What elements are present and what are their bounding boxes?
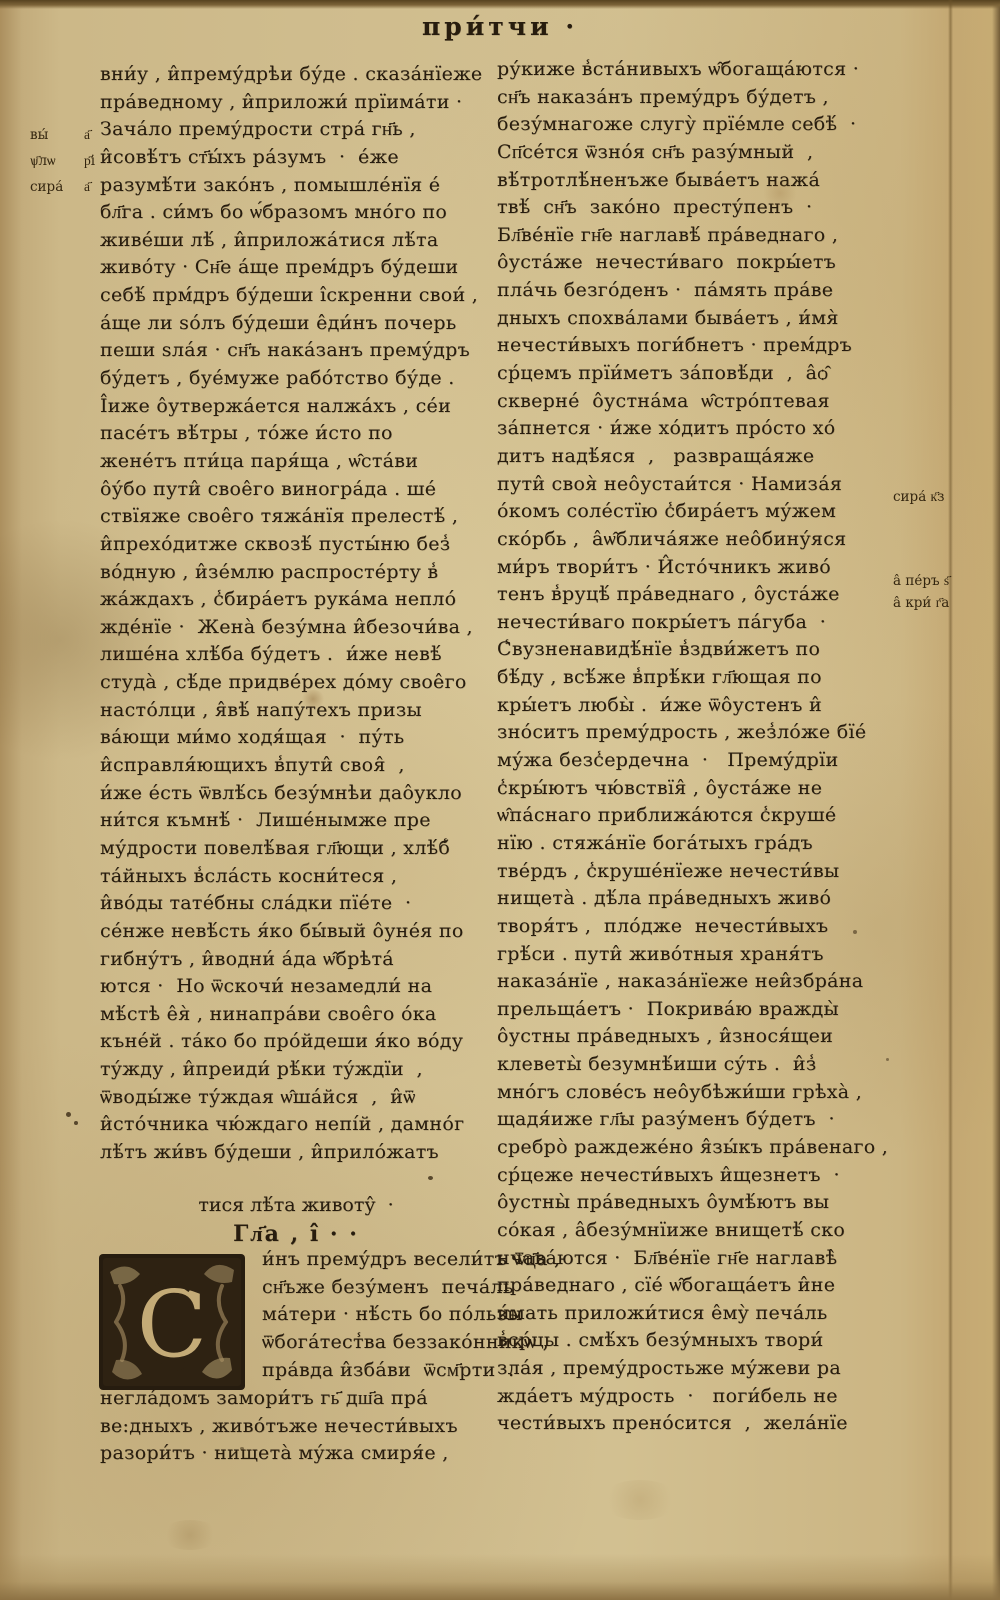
text-line: грѣ́си . пути̂ живо́тныя храня́тъ <box>497 941 887 969</box>
text-line: разори́тъ · нищета̀ му́жа смиря́е , <box>100 1440 492 1468</box>
text-line: тенъ в̾руцѣ́ пра́веднаго , о̂уста́же <box>497 581 887 609</box>
text-line: жда́етъ му́дрость · поги́бель не <box>497 1383 887 1411</box>
text-line: наказа́нїе , наказа́нїеже неи̂збра́на <box>497 968 887 996</box>
text-line: бѣ́ду , всѣ́же в̾прѣ́ки гл҃ющая по <box>497 664 887 692</box>
margin-note: а҃ <box>84 174 95 200</box>
text-line: за́пнется · и́же хо́дитъ про́сто хо́ <box>497 415 887 443</box>
text-line: дитъ надѣ́яся , развраща́яже <box>497 443 887 471</box>
text-line: и̂справля́ющихъ в̾пути̂ своя̂ , <box>100 752 492 780</box>
text-line: и̂сто́чника чю́ждаго непі́й , дамно́г <box>100 1111 492 1139</box>
text-line: прельща́етъ · Покрива́ю вражды̀ <box>497 996 887 1024</box>
text-line: пра́вда и̂зба́ви ѿсм҃рти . <box>262 1357 492 1385</box>
left-column: вни́у , и̂прему́дрѣи бу́де . сказа́нїеже… <box>100 61 492 1167</box>
margin-note: а̂ кри́ г҃а <box>893 592 949 614</box>
text-line: вѣ́тротлѣ́ненъже быва́етъ нажа́ <box>497 167 887 195</box>
running-title: при́тчи · <box>0 12 1000 41</box>
text-line: и́мать приложи́тися е̂му̀ печа́ль <box>497 1300 887 1328</box>
scanned-page: при́тчи · вы́ѱ҃лѡсира́ а҃р҃іа҃ сира́ к҃з… <box>0 0 1000 1600</box>
text-line: пасе́тъ вѣ́тры , то́же и́сто по <box>100 420 492 448</box>
text-line: нечести́выхъ поги́бнетъ · прем́дръ <box>497 332 887 360</box>
text-line: себѣ́ прм́дръ бу́деши і̂скренни свои́ , <box>100 282 492 310</box>
initial-full-lines: негла́домъ замори́тъ гь҃ дш҃а пра́ве:дны… <box>100 1385 492 1468</box>
left-margin-refs: вы́ѱ҃лѡсира́ <box>30 122 63 200</box>
text-line: се́нже невѣ́сть я́ко бы́вый о̂уне́я по <box>100 918 492 946</box>
margin-note: р҃і <box>84 148 95 174</box>
text-line: о̂уста́же нечести́ваго покры́етъ <box>497 249 887 277</box>
text-line: дныхъ спохва́лами быва́етъ , и́мя̀ <box>497 305 887 333</box>
chapter-heading: Гл҃а , і̂ · · <box>100 1221 492 1247</box>
text-line: в̾ср́цы . смѣ́хъ безу́мныхъ твори́ <box>497 1327 887 1355</box>
text-line: ве:дныхъ , живо́тъже нечести́выхъ <box>100 1413 492 1441</box>
ink-speck <box>428 1176 433 1180</box>
text-line: творя́тъ , пло́дже нечести́выхъ <box>497 913 887 941</box>
left-column-closing-line: тися лѣ́та животу̂ · <box>100 1194 492 1216</box>
text-line: ѿводы́же ту́ждая ѡ̂ша́йся , и̂ѿ <box>100 1084 492 1112</box>
text-line: и̂прехо́дитже сквозѣ́ пусты́ню без̾ <box>100 531 492 559</box>
margin-note: а̂ пе́ръ ѕ҃ <box>893 570 949 592</box>
text-line: и̂совѣ́тъ ст҃ы́хъ ра́зумъ · е́же <box>100 144 492 172</box>
text-line: нчава́ются · Бл҃ве́нїе гн҃е наглавѣ̀ <box>497 1245 887 1273</box>
text-line: ни́тся къмнѣ́ · Лише́нымже пре <box>100 807 492 835</box>
text-line: ср́цемъ прїи́метъ за́повѣ́ди , а̂ѻ̂ <box>497 360 887 388</box>
text-line: ва́ющи ми́мо ходя́щая · пу́ть <box>100 724 492 752</box>
text-line: бл҃га . си́мъ бо ѡ́бразомъ мно́го по <box>100 199 492 227</box>
text-line: нечести́ваго покры́етъ па́губа · <box>497 609 887 637</box>
text-line: Сп҃се́тся ѿзно́я сн҃ъ разу́мный , <box>497 139 887 167</box>
text-line: и́же е́сть ѿвлѣ́сь безу́мнѣи дао̂укло <box>100 780 492 808</box>
text-line: та́йныхъ в̾сла́сть косни́теся , <box>100 863 492 891</box>
margin-note: ѱ҃лѡ <box>30 148 63 174</box>
text-line: сн҃ъже безу́менъ печа́ль <box>262 1274 492 1302</box>
ink-speck <box>66 1112 71 1117</box>
foxing-stain <box>160 1520 220 1550</box>
text-line: пра́ведному , и̂приложи́ прїима́ти · <box>100 89 492 117</box>
text-line: тве́рдъ , с̾круше́нїеже нечести́вы <box>497 858 887 886</box>
page-top-edge <box>0 0 1000 9</box>
text-line: сн҃ъ наказа́нъ прему́дръ бу́детъ , <box>497 84 887 112</box>
text-line: во́дную , и̂зе́млю распросте́рту в̾ <box>100 559 492 587</box>
text-line: ту́жду , и̂преиди́ рѣ́ки ту́ждїи , <box>100 1056 492 1084</box>
text-line: Зача́ло прему́дрости стра́ гн҃ь , <box>100 116 492 144</box>
text-line: ми́ръ твори́тъ · И̂сто́чникъ живо́ <box>497 554 887 582</box>
text-line: лише́на хлѣ́ба бу́детъ . и́же невѣ́ <box>100 641 492 669</box>
text-line: живе́ши лѣ́ , и̂приложа́тися лѣ́та <box>100 227 492 255</box>
text-line: С̾вузненавидѣ́нїе в̾здви́жетъ по <box>497 636 887 664</box>
foxing-stain <box>760 180 800 206</box>
text-line: ѿбога́тест̾ва беззако́нникѡ , <box>262 1329 492 1357</box>
text-line: и̂во́ды тате́бны сла́дки пїе́те · <box>100 890 492 918</box>
text-line: вни́у , и̂прему́дрѣи бу́де . сказа́нїеже <box>100 61 492 89</box>
margin-note: а҃ <box>84 122 95 148</box>
text-line: ру́киже в̾ста́нивыхъ ѡ̂богаща́ются · <box>497 56 887 84</box>
woodcut-initial-graphic: С <box>96 1252 248 1392</box>
right-margin-note-1: сира́ к҃з <box>893 486 944 508</box>
text-line: бу́детъ , буе́муже рабо́тство бу́де . <box>100 365 492 393</box>
text-line: ствїяже свое̂го тяжа́нїя прелестѣ́ , <box>100 503 492 531</box>
text-line: студа̀ , сѣ́де придве́рех до́му свое̂го <box>100 669 492 697</box>
text-line: Бл҃ве́нїе гн҃е наглавѣ́ пра́веднаго , <box>497 222 887 250</box>
text-line: кры́етъ любы̀ . и́же ѿо̂устенъ и̂ <box>497 692 887 720</box>
foxing-stain <box>300 690 326 708</box>
left-margin-nums: а҃р҃іа҃ <box>84 122 95 200</box>
text-line: нищета̀ . дѣ́ла пра́ведныхъ живо́ <box>497 885 887 913</box>
text-line: и́нъ прему́дръ весели́тъ ѿц҃а , <box>262 1246 492 1274</box>
text-line: ма́тери · нѣ́сть бо по́льзы <box>262 1301 492 1329</box>
text-line: нїю . стяжа́нїе бога́тыхъ гра́дъ <box>497 830 887 858</box>
text-line: му́дрости повелѣ́вая гл҃ющи , хлѣ́б̾ <box>100 835 492 863</box>
text-line: щадя́иже гл҃ы разу́менъ бу́детъ · <box>497 1106 887 1134</box>
initial-wrapped-lines: и́нъ прему́дръ весели́тъ ѿц҃а ,сн҃ъже бе… <box>262 1246 492 1384</box>
ink-speck <box>853 930 857 934</box>
text-line: чести́выхъ прено́сится , жела́нїе <box>497 1410 887 1438</box>
text-line: ются · Но ѿскочи́ незамедли́ на <box>100 973 492 1001</box>
text-line: разумѣ́ти зако́нъ , помышле́нїя е́ <box>100 172 492 200</box>
text-line: ско́рбь , а̂ѡ̂блича́яже нео̂бину́яся <box>497 526 887 554</box>
text-line: зно́ситъ прему́дрость , жез̾ло́же бїе́ <box>497 719 887 747</box>
text-line: къне́й . та́ко бо про́йдеши я́ко во́ду <box>100 1028 492 1056</box>
text-line: му́жа безс̾ердечна · Прему́дрїи <box>497 747 887 775</box>
drop-cap-letter: С <box>137 1271 207 1378</box>
page-right-crease <box>948 0 953 1600</box>
text-line: о̂устны пра́ведныхъ , и̂знося́щеи <box>497 1023 887 1051</box>
text-line: жене́тъ пти́ца паря́ща , ѡ̂ста́ви <box>100 448 492 476</box>
text-line: насто́лци , я̂вѣ́ напу́техъ призы <box>100 697 492 725</box>
text-line: жде́нїе · Жена̀ безу́мна и̂безочи́ва , <box>100 614 492 642</box>
text-line: ср́цеже нечести́выхъ и̂щезнетъ · <box>497 1162 887 1190</box>
text-line: ѡ̂па́снаго приближа́ются с̾круше́ <box>497 802 887 830</box>
text-line: сребро̀ раждеже́но я̂зы́къ пра́венаго , <box>497 1134 887 1162</box>
woodcut-initial: С <box>96 1252 248 1392</box>
text-line: со́кая , а̂безу́мнїиже внищетѣ́ ско <box>497 1217 887 1245</box>
text-line: о́комъ соле́стїю с̾бира́етъ му́жем <box>497 498 887 526</box>
text-line: клеветы̀ безумнѣ́иши су́ть . и̂з̾ <box>497 1051 887 1079</box>
ink-speck <box>240 1447 244 1450</box>
foxing-stain <box>600 1480 680 1520</box>
text-line: о̂у́бо пути̂ свое̂го виногра́да . ше́ <box>100 476 492 504</box>
text-line: пра́веднаго , сїе́ ѡ̂богаща́етъ и̂не <box>497 1272 887 1300</box>
text-line: І̂иже о̂утвержа́ется налжа́хъ , се́и <box>100 393 492 421</box>
margin-note: вы́ <box>30 122 63 148</box>
text-line: с̾кры́ютъ чю́вствїя̂ , о̂уста́же не <box>497 775 887 803</box>
right-column: ру́киже в̾ста́нивыхъ ѡ̂богаща́ются ·сн҃ъ… <box>497 56 887 1438</box>
text-line: живо́ту · Сн҃е а́ще прем́дръ бу́деши <box>100 254 492 282</box>
text-line: мѣ́стѣ е̂я̀ , нинапра́ви свое̂го о́ка <box>100 1001 492 1029</box>
text-line: пла́чь безго́денъ · па́мять пра́ве <box>497 277 887 305</box>
text-line: безу́мнагоже слугу̀ прїе́мле себѣ́ · <box>497 111 887 139</box>
text-line: а́ще ли ѕо́лъ бу́деши е̂ди́нъ почерь <box>100 310 492 338</box>
page-bottom-edge <box>0 1554 1000 1600</box>
text-line: пути̂ своя̀ нео̂устаи́тся · Намиза́я <box>497 471 887 499</box>
text-line: мно́гъ слове́съ нео̂убѣжи́ши грѣха̀ , <box>497 1079 887 1107</box>
text-line: негла́домъ замори́тъ гь҃ дш҃а пра́ <box>100 1385 492 1413</box>
text-line: пеши ѕла́я · сн҃ъ нака́занъ прему́дръ <box>100 337 492 365</box>
text-line: зла́я , прему́дростьже му́жеви ра <box>497 1355 887 1383</box>
margin-note: сира́ <box>30 174 63 200</box>
text-line: твѣ́ сн҃ъ зако́но престу́пенъ · <box>497 194 887 222</box>
text-line: скверне́ о̂устна́ма ѡ̂стро́птевая <box>497 388 887 416</box>
text-line: о̂устны̀ пра́ведныхъ о̂умѣ́ютъ вы <box>497 1189 887 1217</box>
ink-speck <box>886 1058 889 1061</box>
text-line: жа́ждахъ , с̾бира́етъ рука́ма непло́ <box>100 586 492 614</box>
right-margin-note-2: а̂ пе́ръ ѕ҃а̂ кри́ г҃а <box>893 570 949 614</box>
text-line: лѣ́тъ жи́въ бу́деши , и̂прило́жатъ <box>100 1139 492 1167</box>
ink-speck <box>74 1121 78 1125</box>
text-line: гибну́тъ , и̂водни́ а́да ѡ̂брѣта́ <box>100 946 492 974</box>
